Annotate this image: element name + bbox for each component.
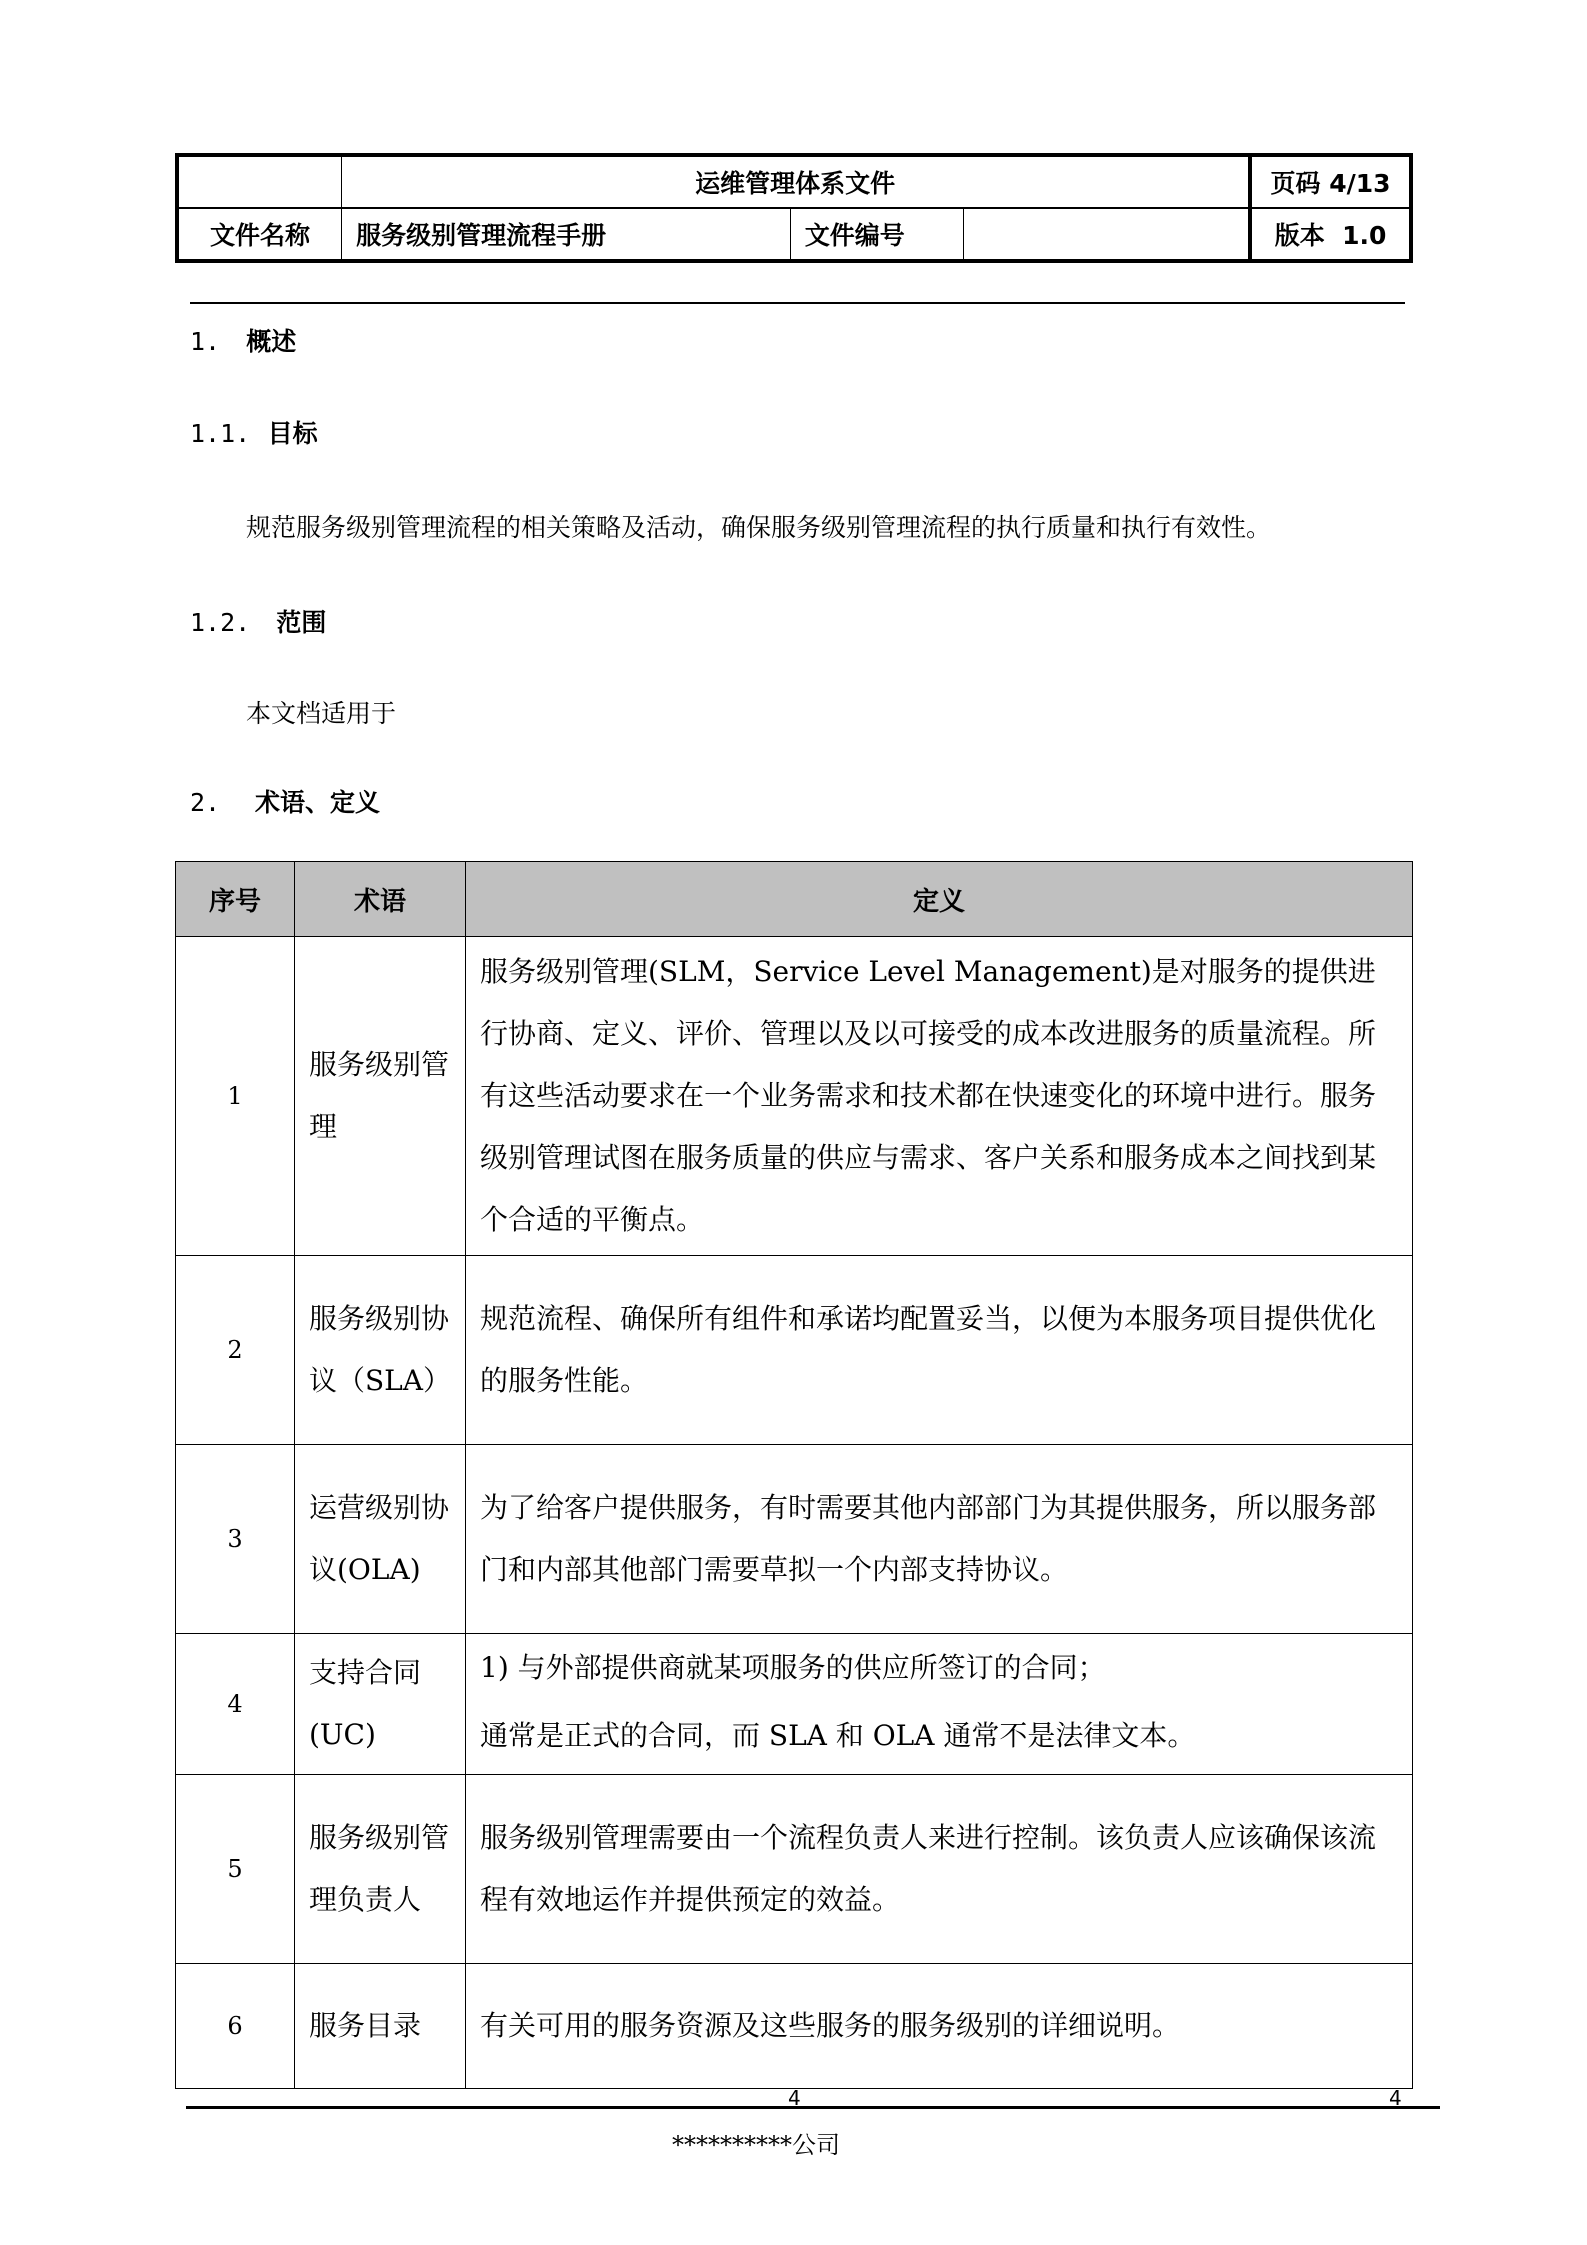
document-page: 运维管理体系文件 页码 4/13 文件名称 服务级别管理流程手册 文件编号 版本… [0, 0, 1587, 2245]
section-title: 术语、定义 [255, 788, 380, 817]
file-name-label: 文件名称 [177, 208, 342, 261]
row-term: 服务级别协议（SLA） [295, 1256, 466, 1445]
row-definition: 有关可用的服务资源及这些服务的服务级别的详细说明。 [466, 1964, 1413, 2089]
document-header-table: 运维管理体系文件 页码 4/13 文件名称 服务级别管理流程手册 文件编号 版本… [175, 153, 1413, 263]
section-1-1-body: 规范服务级别管理流程的相关策略及活动，确保服务级别管理流程的执行质量和执行有效性… [246, 508, 1271, 544]
footer-company-name: **********公司 [672, 2125, 840, 2160]
section-number: 2. [190, 788, 220, 817]
column-header-number: 序号 [176, 862, 295, 937]
header-blank-cell [177, 155, 342, 208]
file-number-label: 文件编号 [790, 208, 964, 261]
row-number: 1 [176, 937, 295, 1256]
file-name-value: 服务级别管理流程手册 [342, 208, 791, 261]
row-definition: 规范流程、确保所有组件和承诺均配置妥当，以便为本服务项目提供优化的服务性能。 [466, 1256, 1413, 1445]
row-term: 服务目录 [295, 1964, 466, 2089]
row-term: 服务级别管理 [295, 937, 466, 1256]
column-header-term: 术语 [295, 862, 466, 937]
file-number-value [964, 208, 1250, 261]
version-label: 版本 1.0 [1250, 208, 1411, 261]
header-divider [190, 302, 1405, 304]
section-number: 1. [190, 327, 220, 356]
page-number-label: 页码 4/13 [1250, 155, 1411, 208]
footer-page-number-center: 4 [788, 2086, 801, 2110]
section-number: 1.1. [190, 419, 250, 448]
table-row: 3 运营级别协议(OLA) 为了给客户提供服务，有时需要其他内部部门为其提供服务… [176, 1445, 1413, 1634]
section-2-heading: 2. 术语、定义 [190, 783, 380, 819]
column-header-definition: 定义 [466, 862, 1413, 937]
row-number: 5 [176, 1775, 295, 1964]
table-header-row: 序号 术语 定义 [176, 862, 1413, 937]
table-row: 1 服务级别管理 服务级别管理(SLM，Service Level Manage… [176, 937, 1413, 1256]
row-number: 2 [176, 1256, 295, 1445]
section-title: 目标 [268, 419, 318, 448]
table-row: 6 服务目录 有关可用的服务资源及这些服务的服务级别的详细说明。 [176, 1964, 1413, 2089]
table-row: 2 服务级别协议（SLA） 规范流程、确保所有组件和承诺均配置妥当，以便为本服务… [176, 1256, 1413, 1445]
row-number: 3 [176, 1445, 295, 1634]
row-definition: 服务级别管理需要由一个流程负责人来进行控制。该负责人应该确保该流程有效地运作并提… [466, 1775, 1413, 1964]
definition-line: 1) 与外部提供商就某项服务的供应所签订的合同； [480, 1634, 1398, 1702]
row-definition: 为了给客户提供服务，有时需要其他内部部门为其提供服务，所以服务部门和内部其他部门… [466, 1445, 1413, 1634]
row-definition: 1) 与外部提供商就某项服务的供应所签订的合同； 通常是正式的合同，而 SLA … [466, 1634, 1413, 1775]
section-number: 1.2. [190, 608, 250, 637]
section-1-2-body: 本文档适用于 [246, 694, 396, 730]
row-term: 支持合同(UC) [295, 1634, 466, 1775]
section-1-1-heading: 1.1. 目标 [190, 414, 318, 450]
system-title: 运维管理体系文件 [342, 155, 1251, 208]
row-number: 4 [176, 1634, 295, 1775]
definition-line: 通常是正式的合同，而 SLA 和 OLA 通常不是法律文本。 [480, 1702, 1398, 1770]
section-title: 范围 [276, 608, 326, 637]
footer-divider [186, 2106, 1440, 2109]
footer-page-number-right: 4 [1389, 2086, 1402, 2110]
row-term: 服务级别管理负责人 [295, 1775, 466, 1964]
table-row: 4 支持合同(UC) 1) 与外部提供商就某项服务的供应所签订的合同； 通常是正… [176, 1634, 1413, 1775]
section-1-heading: 1. 概述 [190, 322, 296, 358]
section-1-2-heading: 1.2. 范围 [190, 603, 326, 639]
row-number: 6 [176, 1964, 295, 2089]
table-row: 5 服务级别管理负责人 服务级别管理需要由一个流程负责人来进行控制。该负责人应该… [176, 1775, 1413, 1964]
row-definition: 服务级别管理(SLM，Service Level Management)是对服务… [466, 937, 1413, 1256]
section-title: 概述 [246, 327, 296, 356]
terms-definitions-table: 序号 术语 定义 1 服务级别管理 服务级别管理(SLM，Service Lev… [175, 861, 1413, 2089]
row-term: 运营级别协议(OLA) [295, 1445, 466, 1634]
